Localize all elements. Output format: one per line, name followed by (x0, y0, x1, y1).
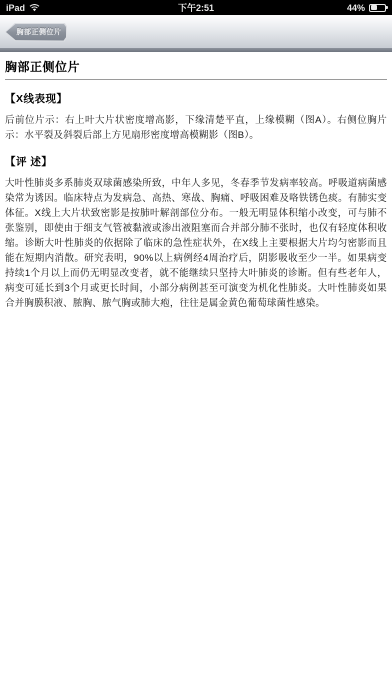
clock: 下午2:51 (0, 1, 392, 14)
page-title: 胸部正侧位片 (5, 58, 387, 75)
section-heading-commentary: 【评 述】 (5, 154, 387, 169)
navigation-bar: 胸部正侧位片 (0, 15, 392, 48)
back-button-label: 胸部正侧位片 (11, 27, 62, 37)
section-heading-xray: 【X线表现】 (5, 91, 387, 106)
section-body-xray: 后前位片示：右上叶大片状密度增高影，下缘清楚平直，上缘模糊（图A）。右侧位胸片示… (5, 113, 387, 143)
back-button[interactable]: 胸部正侧位片 (5, 23, 67, 42)
battery-icon (369, 4, 386, 12)
toolbar-divider (0, 48, 392, 52)
section-commentary: 【评 述】 大叶性肺炎多系肺炎双球菌感染所致，中年人多见，冬春季节发病率较高。呼… (5, 154, 387, 311)
section-xray-findings: 【X线表现】 后前位片示：右上叶大片状密度增高影，下缘清楚平直，上缘模糊（图A）… (5, 91, 387, 143)
title-divider (5, 79, 387, 80)
article-content: 胸部正侧位片 【X线表现】 后前位片示：右上叶大片状密度增高影，下缘清楚平直，上… (0, 58, 392, 311)
section-body-commentary: 大叶性肺炎多系肺炎双球菌感染所致，中年人多见，冬春季节发病率较高。呼吸道病菌感染… (5, 176, 387, 311)
status-bar: iPad 下午2:51 44% (0, 0, 392, 15)
